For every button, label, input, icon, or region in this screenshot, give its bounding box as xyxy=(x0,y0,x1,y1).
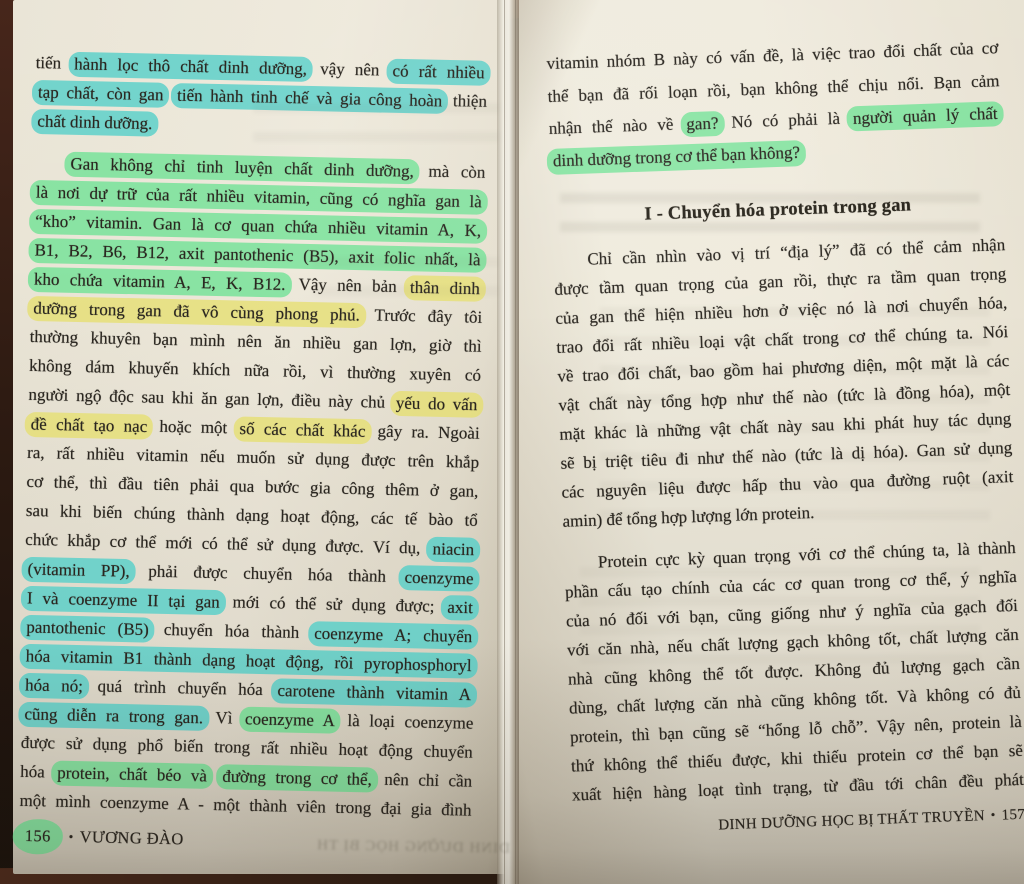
text-segment: vậy nên xyxy=(310,59,390,80)
left-page-text-column: tiến hành lọc thô chất dinh dưỡng, vậy n… xyxy=(19,48,488,856)
highlight-span: dinh dưỡng trong cơ thể bạn không? xyxy=(547,140,807,175)
section-heading: I - Chuyển hóa protein trong gan xyxy=(552,192,1004,229)
left-footer-author: VƯƠNG ĐÀO xyxy=(80,827,184,848)
highlight-span: coenzyme xyxy=(398,565,479,592)
highlight-span: số các chất khác xyxy=(233,416,371,445)
text-segment: Vì xyxy=(206,708,242,728)
left-page-number: 156 xyxy=(25,826,51,846)
book-photo: tiến hành lọc thô chất dinh dưỡng, vậy n… xyxy=(0,0,1024,884)
text-segment: Trước đây tôi xyxy=(363,305,483,327)
text-segment: nên chỉ cần xyxy=(375,770,473,791)
highlight-span: thân dinh xyxy=(404,275,486,302)
highlight-span: I và coenzyme II tại gan xyxy=(21,585,226,615)
highlight-span: protein, chất béo và xyxy=(51,760,213,789)
text-segment: hoặc một xyxy=(150,417,237,438)
right-page-text-column: vitamin nhóm B này có vấn đề, là việc tr… xyxy=(546,32,1024,839)
highlight-span: đường trong cơ thể, xyxy=(216,764,378,793)
right-page-body: Chỉ cần nhìn vào vị trí “địa lý” đã có t… xyxy=(553,230,1024,809)
text-segment: amin) để tổng hợp lượng lớn protein. xyxy=(562,503,814,531)
text-segment: phải được chuyển hóa thành xyxy=(133,561,402,586)
text-segment: Nó có phải là xyxy=(721,108,850,131)
text-segment: thiện xyxy=(445,91,487,111)
page-edge-line xyxy=(515,0,516,884)
highlight-span: niacin xyxy=(426,536,480,563)
text-segment: Vậy nên bản xyxy=(288,275,407,297)
text-segment: một mình coenzyme A - một thành viên tro… xyxy=(19,791,471,820)
text-segment: chuyển hóa thành xyxy=(152,620,312,642)
text-segment: người ngộ độc sau khi ăn gan lợn, điều n… xyxy=(28,385,393,412)
highlight-span: coenzyme A xyxy=(239,706,341,734)
page-edge-line xyxy=(504,0,505,884)
highlight-span: tạp chất, còn gan xyxy=(32,79,170,107)
right-page-footer: DINH DƯỠNG HỌC BỊ THẤT TRUYỀN•157 xyxy=(573,806,1024,840)
highlight-span: axit xyxy=(441,594,479,620)
text-segment: chức khắp cơ thể mới có thể sử dụng được… xyxy=(25,530,430,558)
left-page-number-highlight: 156 xyxy=(12,819,63,855)
highlight-span: yếu do vấn xyxy=(390,390,484,418)
text-segment: mà còn xyxy=(417,161,486,181)
highlight-span: hóa nó; xyxy=(19,672,89,699)
text-segment: mới có thể sử dụng được; xyxy=(223,592,445,616)
footer-separator-dot: • xyxy=(69,829,74,844)
highlight-span: chất dinh dưỡng. xyxy=(31,108,159,136)
highlight-span: coenzyme A; chuyển xyxy=(308,621,479,650)
text-segment: là loại coenzyme xyxy=(338,711,474,733)
text-segment: nhận thế nào về xyxy=(548,114,683,138)
text-segment: tiến xyxy=(35,53,71,73)
right-page-number: 157 xyxy=(1001,807,1024,824)
right-page-intro: vitamin nhóm B này có vấn đề, là việc tr… xyxy=(546,32,1002,178)
text-segment: quá trình chuyển hóa xyxy=(86,676,275,699)
left-page: tiến hành lọc thô chất dinh dưỡng, vậy n… xyxy=(13,0,505,874)
highlight-span: cũng diễn ra trong gan. xyxy=(18,701,209,731)
left-page-body: tiến hành lọc thô chất dinh dưỡng, vậy n… xyxy=(19,48,488,825)
highlight-span: hành lọc thô chất dinh dưỡng, xyxy=(68,51,313,82)
highlight-span: carotene thành vitamin A xyxy=(271,678,477,708)
highlight-span: gan? xyxy=(680,110,725,137)
right-footer-book-title: DINH DƯỠNG HỌC BỊ THẤT TRUYỀN xyxy=(718,808,985,833)
highlight-span: pantothenic (B5) xyxy=(20,614,155,642)
highlight-span: người quản lý chất xyxy=(847,101,1004,132)
highlight-span: (vitamin PP), xyxy=(21,556,136,584)
left-page-footer: 156•VƯƠNG ĐÀO xyxy=(19,826,471,856)
highlight-span: có rất nhiều xyxy=(386,58,491,86)
text-segment: hóa xyxy=(20,762,54,782)
highlight-span: tiến hành tinh chế và gia công hoàn xyxy=(171,82,449,114)
right-page: vitamin nhóm B này có vấn đề, là việc tr… xyxy=(519,0,1024,884)
highlight-span: đề chất tạo nạc xyxy=(25,411,154,439)
footer-separator-dot: • xyxy=(990,807,995,822)
text-segment: gây ra. Ngoài xyxy=(368,421,480,442)
